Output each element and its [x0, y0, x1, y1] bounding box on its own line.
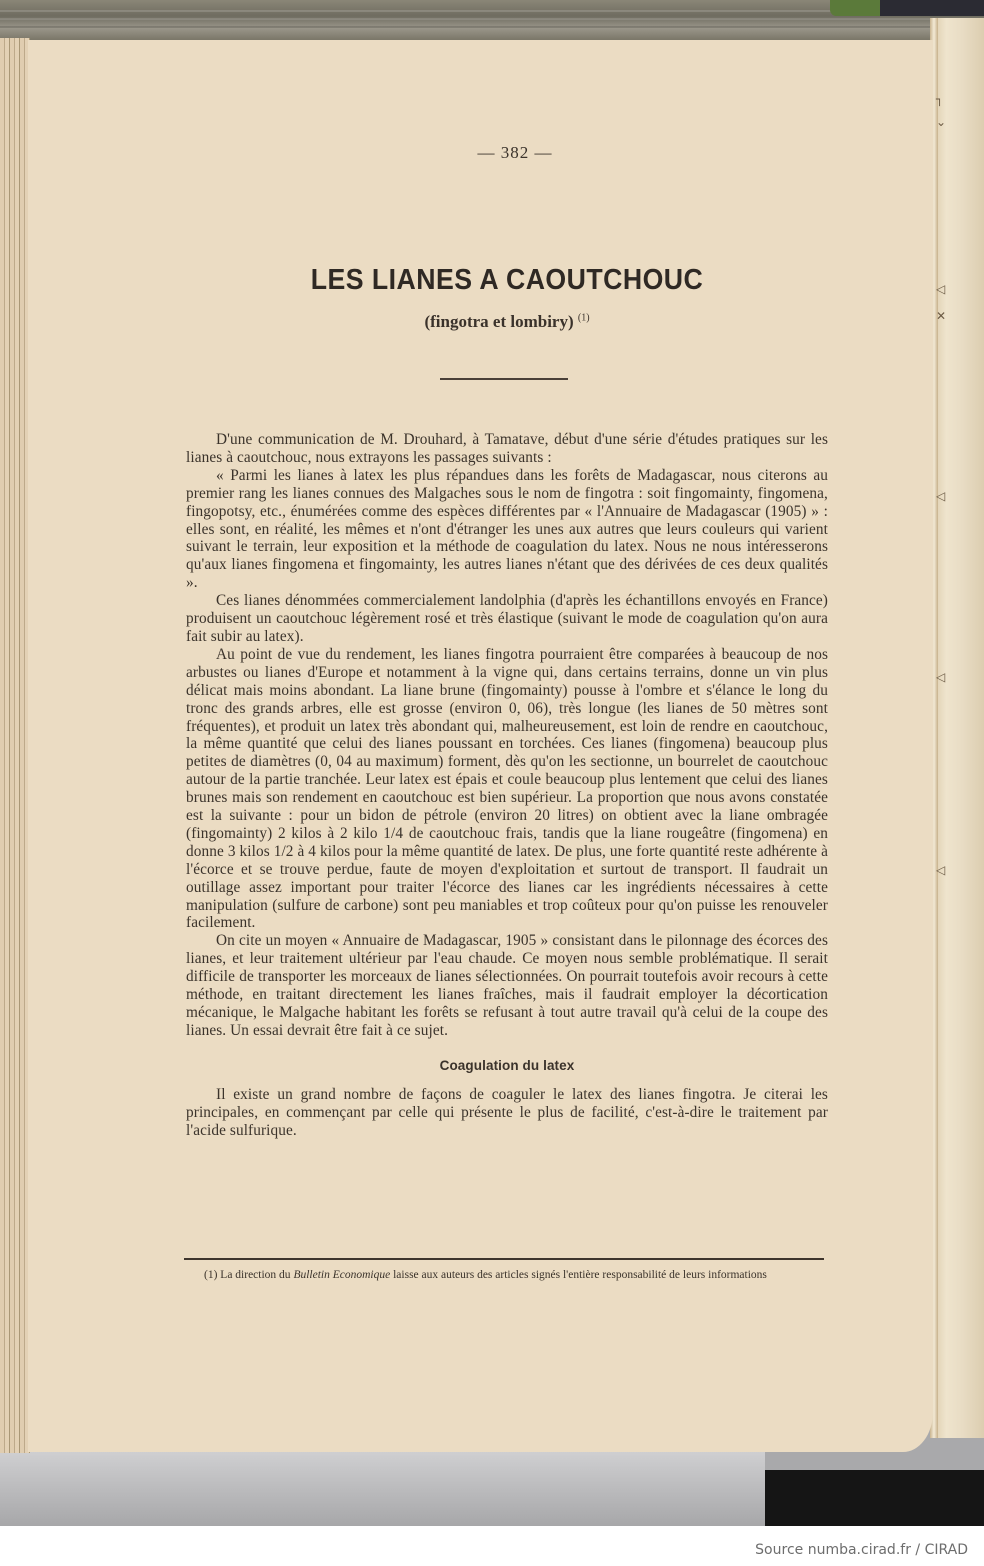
subtitle-text: (fingotra et lombiry): [424, 312, 573, 331]
footnote-text: La direction du: [220, 1269, 293, 1281]
article-body: D'une communication de M. Drouhard, à Ta…: [186, 431, 828, 1139]
paragraph: Ces lianes dénommées commercialement lan…: [186, 592, 828, 646]
left-page-stack: [0, 38, 30, 1453]
article-title: LES LIANES A CAOUTCHOUC: [212, 264, 803, 297]
footnote-divider: [184, 1258, 824, 1260]
scanned-book-photo: ┐ ⌄ ◁ ✕ ◁ ◁ ◁ — 382 — LES LIANES A CAOUT…: [0, 0, 984, 1526]
paragraph: Il existe un grand nombre de façons de c…: [186, 1086, 828, 1140]
binding-thread-icon: ◁: [936, 673, 946, 681]
article-subtitle: (fingotra et lombiry) (1): [186, 312, 828, 332]
binding-thread-icon: ◁: [936, 492, 946, 500]
right-facing-page: [930, 18, 984, 1438]
background-surface: [0, 1452, 765, 1526]
footnote: (1) La direction du Bulletin Economique …: [186, 1269, 828, 1281]
binding-thread-icon: ⌄: [936, 118, 946, 126]
binding-thread-icon: ✕: [936, 312, 946, 320]
binding-thread-icon: ◁: [936, 866, 946, 874]
paragraph: D'une communication de M. Drouhard, à Ta…: [186, 431, 828, 467]
page-number: — 382 —: [194, 143, 836, 163]
book-cover-corner: [880, 0, 984, 16]
paragraph: Au point de vue du rendement, les lianes…: [186, 646, 828, 933]
paragraph: « Parmi les lianes à latex les plus répa…: [186, 467, 828, 592]
black-cloth-background: [765, 1470, 984, 1526]
binding-thread-icon: ┐: [936, 95, 946, 103]
footnote-reference: (1): [578, 312, 590, 323]
section-heading: Coagulation du latex: [186, 1057, 828, 1075]
source-caption: Source numba.cirad.fr / CIRAD: [755, 1542, 968, 1558]
title-divider: [440, 378, 568, 380]
footnote-publication-name: Bulletin Economique: [293, 1269, 390, 1281]
footnote-marker: (1): [204, 1269, 217, 1281]
footnote-text: laisse aux auteurs des articles signés l…: [390, 1269, 767, 1281]
paragraph: On cite un moyen « Annuaire de Madagasca…: [186, 932, 828, 1039]
binding-thread-icon: ◁: [936, 285, 946, 293]
